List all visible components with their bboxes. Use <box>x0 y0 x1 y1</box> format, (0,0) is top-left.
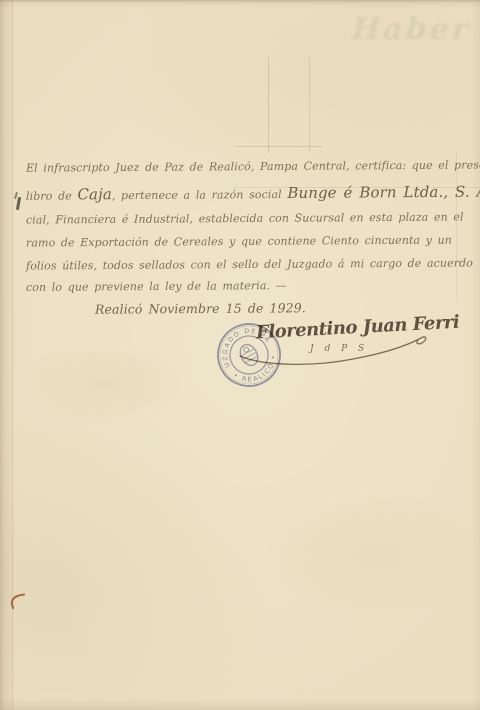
scanned-ledger-page: Haber El infrascripto Juez de Paz de Rea… <box>0 0 480 710</box>
right-margin-rule <box>456 152 457 302</box>
stamp-graphic-icon: JUZGADO DE PAZ • REALICÓ • <box>213 319 285 391</box>
date-line: Realicó Noviembre 15 de 1929. <box>95 300 306 316</box>
margin-ink-mark <box>16 197 21 210</box>
manuscript-line-2: libro de Caja, pertenece a la razón soci… <box>26 182 480 204</box>
manuscript-line-4: ramo de Exportación de Cereales y que co… <box>26 234 452 250</box>
word-bunge-born: Bunge é Born Ltda., S. A. <box>287 183 480 202</box>
manuscript-line-3: cial, Financiera é Industrial, estableci… <box>26 210 464 226</box>
ledger-bleed-line-vertical-2 <box>309 57 310 153</box>
red-ink-mark-icon <box>5 587 31 613</box>
manuscript-line-6: con lo que previene la ley de la materia… <box>26 279 287 294</box>
line2-prefix: libro de <box>26 189 77 202</box>
manuscript-line-5: folios útiles, todos sellados con el sel… <box>26 256 473 272</box>
juzgado-stamp-seal: JUZGADO DE PAZ • REALICÓ • <box>213 319 285 391</box>
ledger-bleed-line-horizontal-1 <box>235 146 323 147</box>
word-caja: Caja <box>77 185 112 203</box>
ledger-bleed-line-vertical-1 <box>268 57 269 153</box>
line2-middle: , pertenece a la razón social <box>112 188 288 202</box>
manuscript-line-1: El infrascripto Juez de Paz de Realicó, … <box>26 158 480 174</box>
bleedthrough-haber-text: Haber <box>351 12 472 47</box>
page-crease <box>12 0 13 710</box>
